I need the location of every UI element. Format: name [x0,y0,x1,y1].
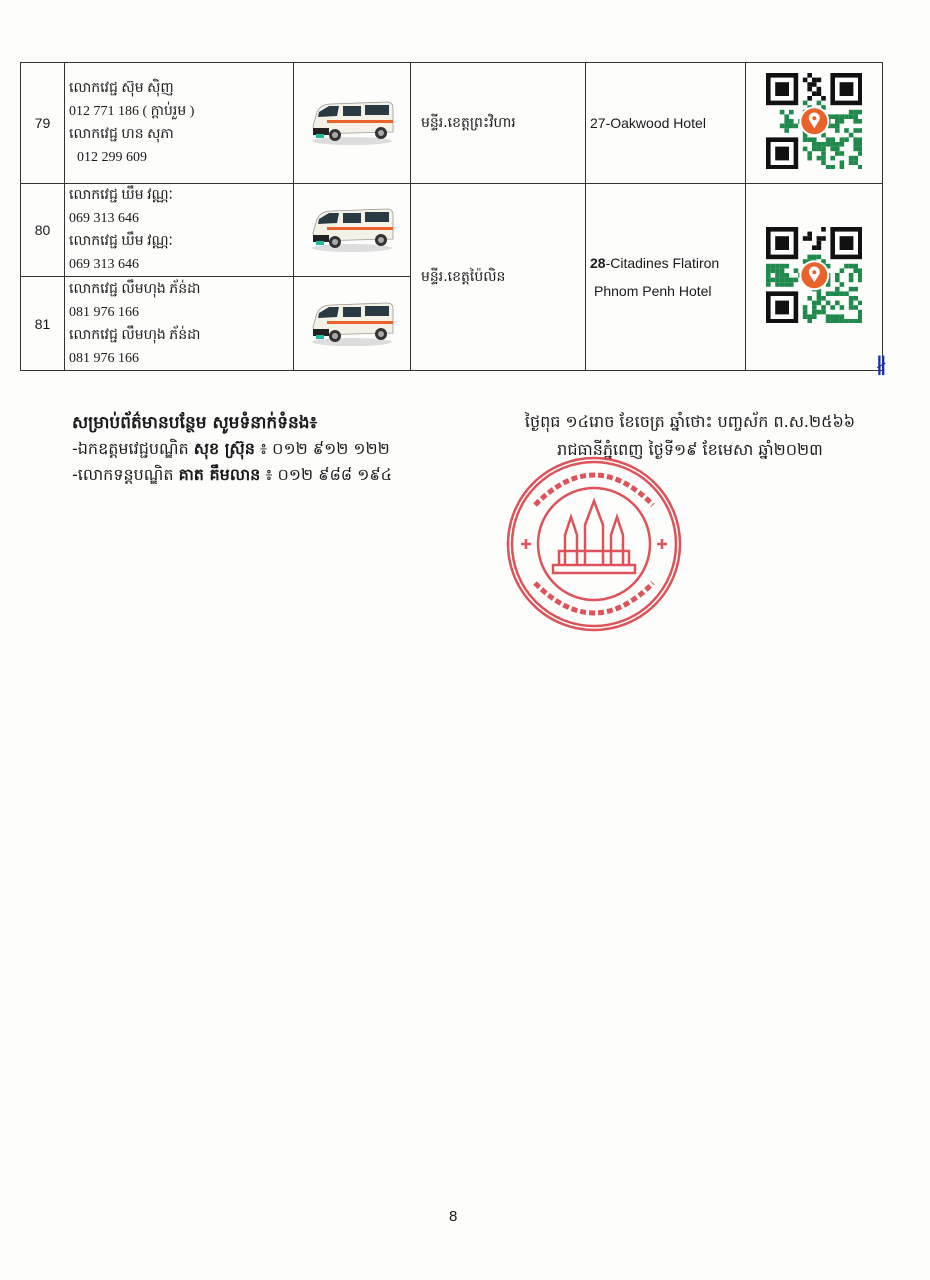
contact-title: -លោកទន្តបណ្ឌិត [72,465,179,484]
contact-info-block: សម្រាប់ព័ត៌មានបន្ថែម សូមទំនាក់ទំនង៖ -ឯកឧ… [72,410,392,488]
lunar-date: ថ្ងៃពុធ ១៤រោច ខែចេត្រ ឆ្នាំថោះ បញ្ចស័ក ព… [500,408,880,436]
contact-info-title: សម្រាប់ព័ត៌មានបន្ថែម សូមទំនាក់ទំនង៖ [72,410,392,436]
department-cell: មន្ទីរ.ខេត្តព្រះវិហារ [411,63,586,184]
contact-cell: លោកវេជ្ជ លឹមហុង ភ័ន់ដា 081 976 166 លោកវេ… [65,277,294,371]
qr-cell [746,184,883,371]
vehicle-cell [294,277,411,371]
hotel-assignment-table: 79 លោកវេជ្ជ ស៊ុម សុិញ 012 771 186 ( ក្តា… [20,62,883,371]
vehicle-cell [294,184,411,277]
row-number: 81 [21,277,65,371]
contact-name: លោកវេជ្ជ ឃឹម វណ្ណៈ [69,184,293,207]
contact-phone: 012 771 186 ( ក្តាប់រួម ) [69,100,293,123]
contact-cell: លោកវេជ្ជ ឃឹម វណ្ណៈ 069 313 646 លោកវេជ្ជ … [65,184,294,277]
hotel-name-line2: Phnom Penh Hotel [590,277,745,305]
contact-line: -លោកទន្តបណ្ឌិត គាត គឹមលាន ៖ ០១២ ៩៨៨ ១៩៤ [72,462,392,488]
contact-name: លោកវេជ្ជ ឃឹម វណ្ណៈ [69,230,293,253]
ambulance-van-icon [307,297,397,351]
contact-name: សុខ ស្រ៊ុន [194,439,255,458]
contact-phone: ៖ ០១២ ៩១២ ១២២ [255,439,390,458]
official-seal-icon [505,455,683,637]
contact-cell: លោកវេជ្ជ ស៊ុម សុិញ 012 771 186 ( ក្តាប់រ… [65,63,294,184]
qr-cell [746,63,883,184]
ambulance-van-icon [307,96,397,150]
contact-phone: 081 976 166 [69,301,293,324]
contact-name: លោកវេជ្ជ ស៊ុម សុិញ [69,77,293,100]
contact-name: លោកវេជ្ជ លឹមហុង ភ័ន់ដា [69,278,293,301]
department-cell: មន្ទីរ.ខេត្តប៉ៃលិន [411,184,586,371]
location-qr-code-icon[interactable] [766,154,863,173]
contact-phone: 012 299 609 [69,146,293,169]
row-number: 79 [21,63,65,184]
contact-title: -ឯកឧត្តមវេជ្ជបណ្ឌិត [72,439,194,458]
hotel-number: 27 [590,115,606,131]
vehicle-cell [294,63,411,184]
ambulance-van-icon [307,203,397,257]
hotel-name: -Citadines Flatiron [606,255,720,271]
table-row: 80 លោកវេជ្ជ ឃឹម វណ្ណៈ 069 313 646 លោកវេជ… [21,184,883,277]
hotel-number: 28 [590,255,606,271]
location-qr-code-icon[interactable] [766,308,863,327]
contact-phone: 081 976 166 [69,347,293,370]
page-number: 8 [449,1208,457,1225]
table-row: 79 លោកវេជ្ជ ស៊ុម សុិញ 012 771 186 ( ក្តា… [21,63,883,184]
contact-phone: ៖ ០១២ ៩៨៨ ១៩៤ [260,465,392,484]
hotel-cell: 28-Citadines Flatiron Phnom Penh Hotel [586,184,746,371]
contact-name: លោកវេជ្ជ លឹមហុង ភ័ន់ដា [69,324,293,347]
row-number: 80 [21,184,65,277]
contact-phone: 069 313 646 [69,253,293,276]
contact-name: លោកវេជ្ជ ហន សុភា [69,123,293,146]
contact-phone: 069 313 646 [69,207,293,230]
hotel-name: -Oakwood Hotel [606,115,706,131]
signature-mark: ∦ [876,352,886,376]
contact-line: -ឯកឧត្តមវេជ្ជបណ្ឌិត សុខ ស្រ៊ុន ៖ ០១២ ៩១២… [72,436,392,462]
contact-name: គាត គឹមលាន [179,465,261,484]
hotel-cell: 27-Oakwood Hotel [586,63,746,184]
